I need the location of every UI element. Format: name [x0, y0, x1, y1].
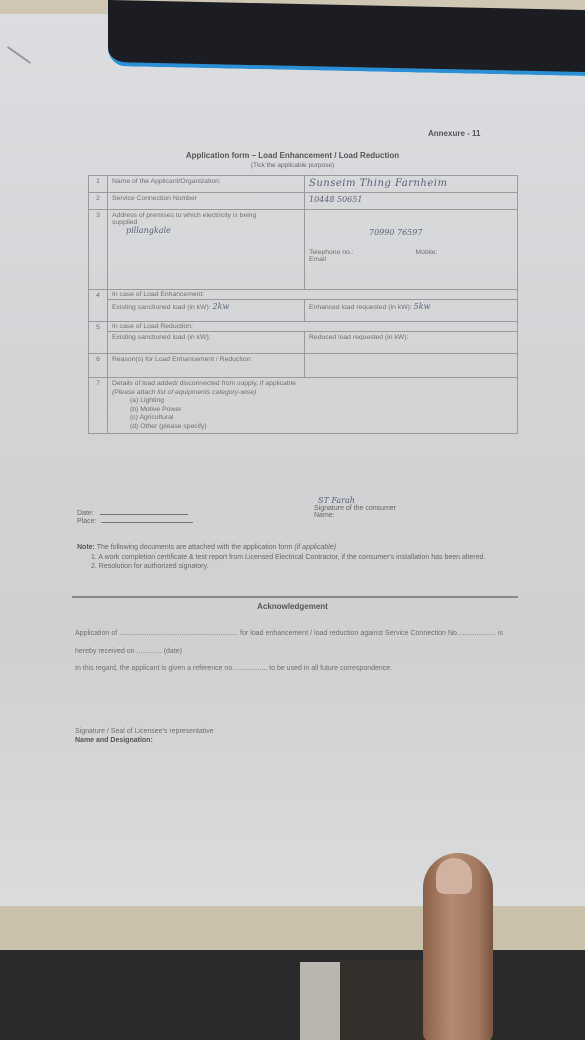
paper-crease [7, 46, 31, 64]
existing-load-reduction-field[interactable]: Existing sanctioned load (in kW): [108, 332, 305, 354]
row-number: 2 [89, 193, 108, 210]
applicant-name-label: Name of the Applicant/Organization: [108, 176, 305, 193]
row-number: 4 [89, 290, 108, 322]
enhancement-heading: In case of Load Enhancement: [108, 290, 518, 300]
annexure-label: Annexure - 11 [428, 129, 480, 138]
category-agricultural: (c) Agricultural [130, 414, 513, 423]
load-details-cell[interactable]: Details of load added/ disconnected from… [108, 378, 518, 434]
note-italic: (if applicable) [294, 544, 336, 551]
table-row: 4 In case of Load Enhancement: [89, 290, 518, 300]
signature-label: Signature of the consumer [314, 505, 396, 512]
form-subtitle: (Tick the applicable purpose) [0, 162, 585, 169]
note-label: Note: [77, 544, 95, 551]
place-label: Place: [77, 518, 96, 525]
representative-signature-label: Signature / Seal of Licensee's represent… [75, 727, 214, 736]
applicant-name-value: Sunseim Thing Farnheim [309, 178, 447, 189]
floor-tile [300, 962, 340, 1040]
address-value: pillangkale [112, 226, 300, 235]
reduction-heading: In case of Load Reduction: [108, 322, 518, 332]
existing-load-label: Existing sanctioned load (in kW): [112, 304, 211, 311]
row-number: 1 [89, 176, 108, 193]
fingernail [436, 858, 472, 894]
table-row: 1 Name of the Applicant/Organization: Su… [89, 176, 518, 193]
contact-cell[interactable]: 70990 76597 Telephone no.: Mobile: Email [305, 210, 518, 290]
note-section: Note: The following documents are attach… [77, 543, 517, 572]
address-label: Address of premises to which electricity… [112, 212, 262, 226]
paper-sheet [0, 14, 585, 914]
representative-section: Signature / Seal of Licensee's represent… [75, 727, 214, 745]
row-number: 5 [89, 322, 108, 354]
date-label: Date: [77, 510, 94, 517]
mobile-label: Mobile: [416, 249, 438, 256]
date-field[interactable] [100, 514, 188, 515]
email-label: Email [309, 256, 513, 263]
phone-device [108, 0, 585, 76]
table-row: 5 In case of Load Reduction: [89, 322, 518, 332]
note-text: The following documents are attached wit… [97, 544, 293, 551]
form-table: 1 Name of the Applicant/Organization: Su… [88, 175, 518, 434]
reason-field[interactable] [305, 354, 518, 378]
service-connection-field[interactable]: 10448 50651 [305, 193, 518, 210]
signature-scribble: ST Farah [314, 496, 396, 505]
representative-name-label: Name and Designation: [75, 737, 153, 744]
category-other: (d) Other (please specify) [130, 423, 513, 432]
applicant-name-field[interactable]: Sunseim Thing Farnheim [305, 176, 518, 193]
table-row: 6 Reason(s) for Load Enhancement / Reduc… [89, 354, 518, 378]
acknowledgement-text: Application of .........................… [75, 625, 503, 660]
row-number: 3 [89, 210, 108, 290]
enhanced-load-value: 5kw [414, 302, 431, 311]
phone-value: 70990 76597 [309, 212, 513, 237]
existing-load-field[interactable]: Existing sanctioned load (in kW): 2kw [108, 300, 305, 322]
table-row: Existing sanctioned load (in kW): Reduce… [89, 332, 518, 354]
note-item: 2. Resolution for authorized signatory. [77, 562, 517, 572]
form-title: Application form – Load Enhancement / Lo… [0, 151, 585, 160]
load-details-note: (Please attach list of equipments catego… [112, 389, 513, 398]
reference-text: In this regard, the applicant is given a… [75, 660, 503, 678]
service-connection-value: 10448 50651 [309, 195, 362, 204]
floor-area [0, 950, 585, 1040]
category-motive-power: (b) Motive Power [130, 406, 513, 415]
reason-label: Reason(s) for Load Enhancement / Reducti… [108, 354, 305, 378]
table-row: Existing sanctioned load (in kW): 2kw En… [89, 300, 518, 322]
note-item: 1. A work completion certificate & test … [77, 553, 517, 563]
acknowledgement-title: Acknowledgement [0, 602, 585, 611]
divider [72, 596, 518, 598]
service-connection-label: Service Connection Number [108, 193, 305, 210]
place-field[interactable] [101, 522, 193, 523]
table-row: 2 Service Connection Number 10448 50651 [89, 193, 518, 210]
reduced-load-field[interactable]: Reduced load requested (in kW): [305, 332, 518, 354]
address-cell[interactable]: Address of premises to which electricity… [108, 210, 305, 290]
table-ledge [0, 906, 585, 956]
table-row: 7 Details of load added/ disconnected fr… [89, 378, 518, 434]
acknowledgement-body: Application of .........................… [75, 625, 503, 678]
category-list: (a) Lighting (b) Motive Power (c) Agricu… [112, 397, 513, 431]
row-number: 6 [89, 354, 108, 378]
consumer-name-label: Name: [314, 512, 396, 519]
row-number: 7 [89, 378, 108, 434]
existing-load-value: 2kw [213, 302, 230, 311]
load-details-label: Details of load added/ disconnected from… [112, 380, 513, 389]
telephone-label: Telephone no.: [309, 249, 354, 256]
enhanced-load-field[interactable]: Enhanced load requested (in kW): 5kw [305, 300, 518, 322]
enhanced-load-label: Enhanced load requested (in kW): [309, 304, 412, 311]
category-lighting: (a) Lighting [130, 397, 513, 406]
table-row: 3 Address of premises to which electrici… [89, 210, 518, 290]
